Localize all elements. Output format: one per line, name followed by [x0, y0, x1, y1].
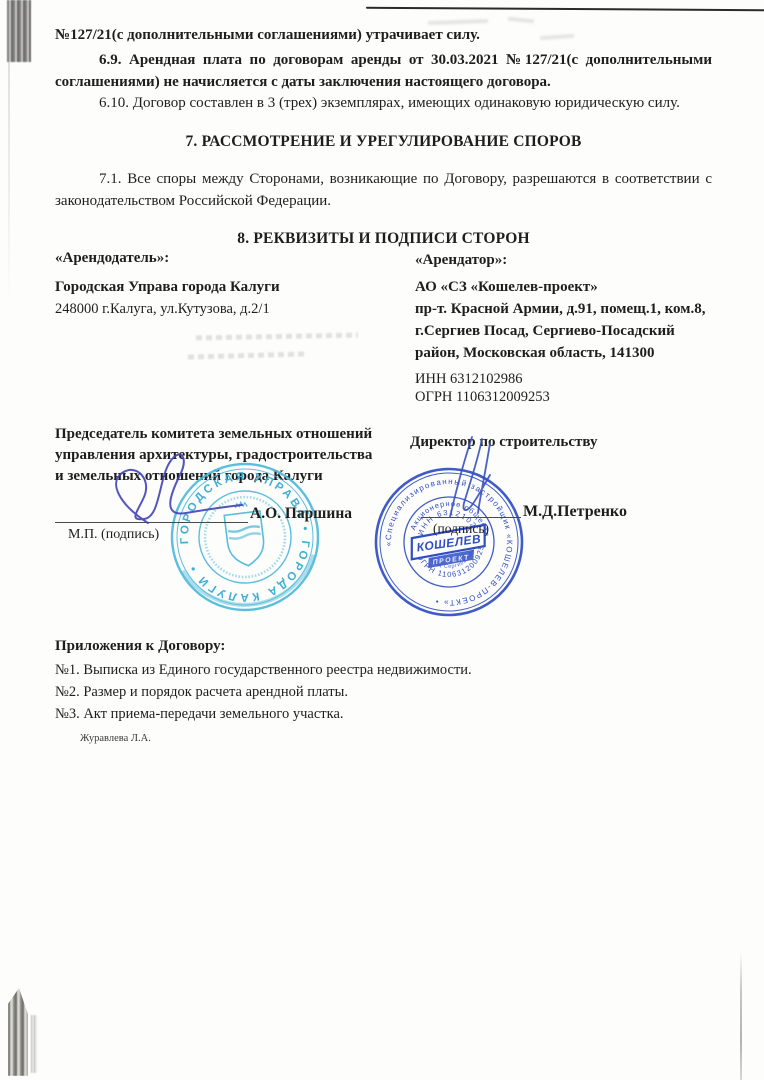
- scan-edge-line-top: [366, 7, 764, 11]
- scan-faint-note-1: [196, 333, 358, 341]
- tenant-address-line2: г.Сергиев Посад, Сергиево-Посадский: [415, 323, 675, 340]
- attachment-item-2: №2. Размер и порядок расчета арендной пл…: [55, 681, 348, 703]
- tenant-address-line3: район, Московская область, 141300: [415, 345, 655, 362]
- scan-binding-mark-bottom-left: [8, 988, 28, 1076]
- scan-smudge-top-2: [508, 17, 534, 24]
- landlord-handwritten-signature: [100, 435, 280, 545]
- tenant-address-line1: пр-т. Красной Армии, д.91, помещ.1, ком.…: [415, 301, 705, 318]
- scan-left-edge-line: [8, 62, 10, 302]
- executor-name: Журавлева Л.А.: [80, 733, 151, 744]
- svg-text:ОГРН 1106312009253: ОГРН 1106312009253: [414, 539, 488, 582]
- attachment-item-3: №3. Акт приема-передачи земельного участ…: [55, 703, 344, 725]
- proekt-logo-text: ПРОЕКТ: [432, 554, 470, 566]
- tenant-stamp-city-arc: город Сергиев Посад: [425, 540, 479, 571]
- scan-faint-note-2: [188, 351, 306, 359]
- attachments-title: Приложения к Договору:: [55, 638, 225, 655]
- scanned-contract-page: №127/21(с дополнительными соглашениями) …: [0, 0, 764, 1080]
- clause-previous-line: №127/21(с дополнительными соглашениями) …: [55, 27, 480, 44]
- scan-right-edge-line: [740, 952, 742, 1080]
- scan-binding-mark-bottom-left-2: [31, 1015, 37, 1073]
- attachment-item-1: №1. Выписка из Единого государственного …: [55, 659, 472, 681]
- section-7-title: 7. РАССМОТРЕНИЕ И УРЕГУЛИРОВАНИЕ СПОРОВ: [55, 133, 712, 151]
- clause-6-9: 6.9. Арендная плата по договорам аренды …: [55, 49, 712, 93]
- landlord-role-label: «Арендодатель»:: [55, 250, 169, 267]
- tenant-stamp-ogrn-arc: ОГРН 1106312009253: [414, 539, 488, 582]
- clause-7-1: 7.1. Все споры между Сторонами, возникаю…: [55, 168, 712, 212]
- tenant-role-label: «Арендатор»:: [415, 252, 507, 269]
- scan-binding-mark-top-left: [7, 0, 31, 62]
- landlord-address: 248000 г.Калуга, ул.Кутузова, д.2/1: [55, 298, 270, 320]
- scan-smudge-top-1: [428, 19, 488, 25]
- tenant-ogrn: ОГРН 1106312009253: [415, 386, 550, 408]
- tenant-handwritten-signature: [420, 425, 530, 535]
- clause-6-10: 6.10. Договор составлен в 3 (трех) экзем…: [55, 92, 712, 114]
- landlord-name: Городская Управа города Калуги: [55, 279, 280, 296]
- tenant-name: АО «СЗ «Кошелев-проект»: [415, 279, 598, 296]
- svg-text:город Сергиев Посад: город Сергиев Посад: [425, 540, 479, 571]
- section-8-title: 8. РЕКВИЗИТЫ И ПОДПИСИ СТОРОН: [55, 230, 712, 248]
- scan-smudge-top-3: [540, 34, 574, 40]
- tenant-signer-name: М.Д.Петренко: [523, 503, 627, 521]
